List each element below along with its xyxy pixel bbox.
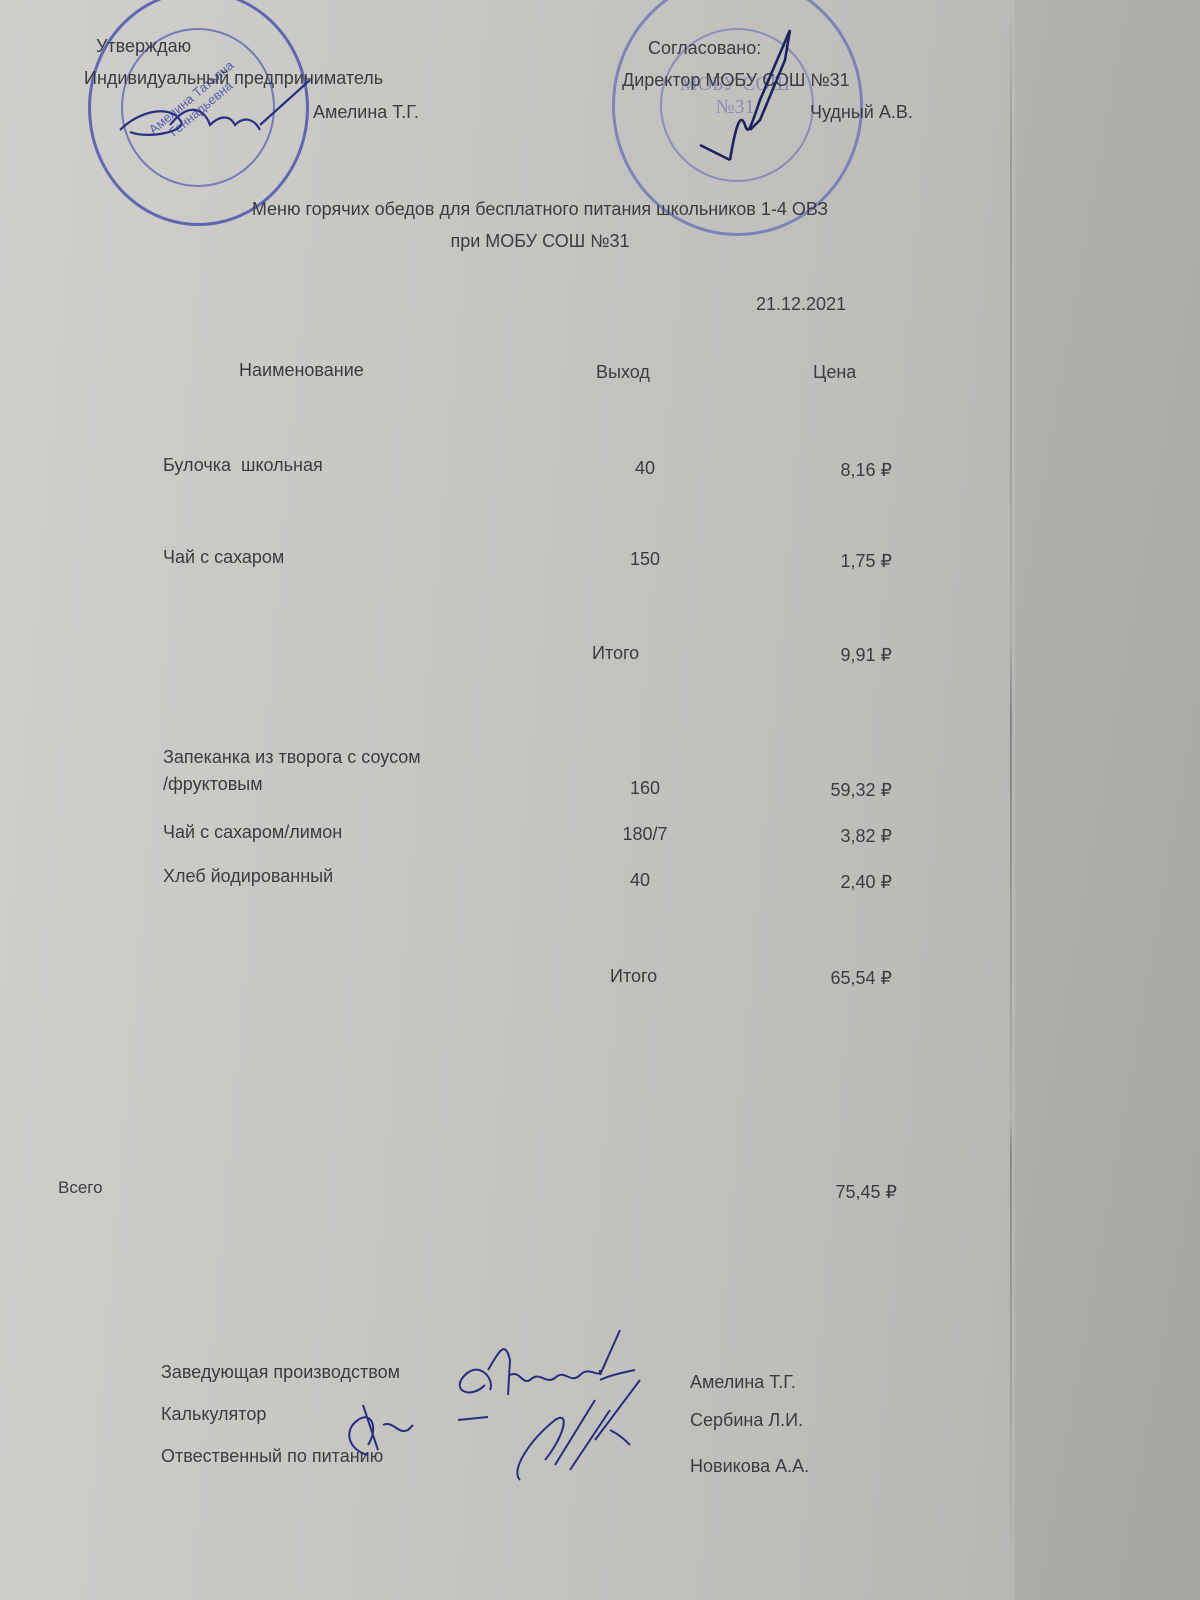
- paper-fold: [1010, 0, 1012, 1600]
- column-header-name: Наименование: [239, 360, 364, 381]
- column-header-yield: Выход: [596, 362, 650, 383]
- item-name: Хлеб йодированный: [163, 866, 333, 887]
- item-yield: 40: [600, 458, 690, 479]
- item-yield: 40: [595, 870, 685, 891]
- item-name-line2: /фруктовым: [163, 774, 263, 795]
- signature-role: Калькулятор: [161, 1404, 266, 1425]
- item-yield: 180/7: [600, 824, 690, 845]
- item-name: Чай с сахаром/лимон: [163, 822, 342, 843]
- item-price: 8,16 ₽: [780, 460, 892, 481]
- signature-agreed: [690, 30, 810, 180]
- signature-serbina: [338, 1395, 518, 1465]
- document-title-line1: Меню горячих обедов для бесплатного пита…: [120, 199, 960, 220]
- item-name: Булочка школьная: [163, 455, 323, 476]
- breakfast-total-label: Итого: [592, 643, 639, 664]
- lunch-total: 65,54 ₽: [780, 968, 892, 989]
- column-header-price: Цена: [813, 362, 856, 383]
- grand-total-value: 75,45 ₽: [780, 1182, 897, 1203]
- approved-label: Утверждаю: [96, 36, 191, 57]
- signature-name: Амелина Т.Г.: [690, 1372, 796, 1393]
- approved-name: Амелина Т.Г.: [313, 102, 419, 123]
- item-price: 1,75 ₽: [780, 551, 892, 572]
- grand-total-label: Всего: [58, 1178, 103, 1198]
- item-price: 2,40 ₽: [780, 872, 892, 893]
- document-title-line2: при МОБУ СОШ №31: [120, 231, 960, 252]
- signature-role: Заведующая производством: [161, 1362, 400, 1383]
- breakfast-total: 9,91 ₽: [780, 645, 892, 666]
- item-yield: 150: [600, 549, 690, 570]
- item-name-line1: Запеканка из творога с соусом: [163, 747, 421, 768]
- item-price: 3,82 ₽: [780, 826, 892, 847]
- menu-date: 21.12.2021: [756, 294, 846, 315]
- agreed-name: Чудный А.В.: [810, 102, 913, 123]
- signature-name: Сербина Л.И.: [690, 1410, 803, 1431]
- signature-name: Новикова А.А.: [690, 1456, 809, 1477]
- signature-novikova: [500, 1380, 660, 1490]
- item-yield: 160: [600, 778, 690, 799]
- lunch-total-label: Итого: [610, 966, 657, 987]
- signature-approved: [110, 70, 310, 190]
- item-name: Чай с сахаром: [163, 547, 284, 568]
- item-price: 59,32 ₽: [780, 780, 892, 801]
